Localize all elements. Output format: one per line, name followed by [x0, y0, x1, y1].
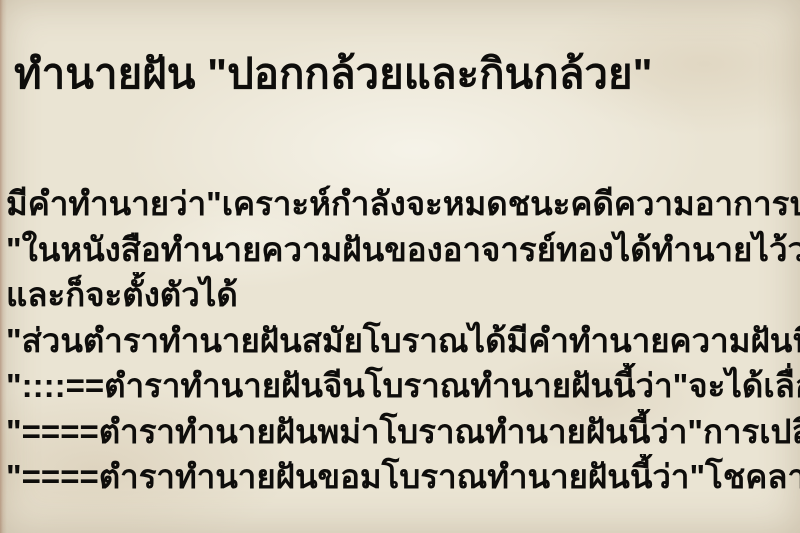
article-line: และก็จะตั้งตัวได้	[0, 272, 800, 318]
article-body: มีคำทำนายว่า"เคราะห์กำลังจะหมดชนะคดีความ…	[0, 181, 800, 500]
article-line: "ในหนังสือทำนายความฝันของอาจารย์ทองได้ทำ…	[0, 227, 800, 273]
article-line: มีคำทำนายว่า"เคราะห์กำลังจะหมดชนะคดีความ…	[0, 181, 800, 227]
page-background: ทำนายฝัน "ปอกกล้วยและกินกล้วย" มีคำทำนาย…	[0, 0, 800, 533]
page-title: ทำนายฝัน "ปอกกล้วยและกินกล้วย"	[14, 42, 800, 105]
article-line: "::::==ตำราทำนายฝันจีนโบราณทำนายฝันนี้ว่…	[0, 363, 800, 409]
article-line: "ส่วนตำราทำนายฝันสมัยโบราณได้มีคำทำนายคว…	[0, 318, 800, 364]
article-line: "====ตำราทำนายฝันพม่าโบราณทำนายฝันนี้ว่า…	[0, 409, 800, 455]
article-line: "====ตำราทำนายฝันขอมโบราณทำนายฝันนี้ว่า"…	[0, 454, 800, 500]
